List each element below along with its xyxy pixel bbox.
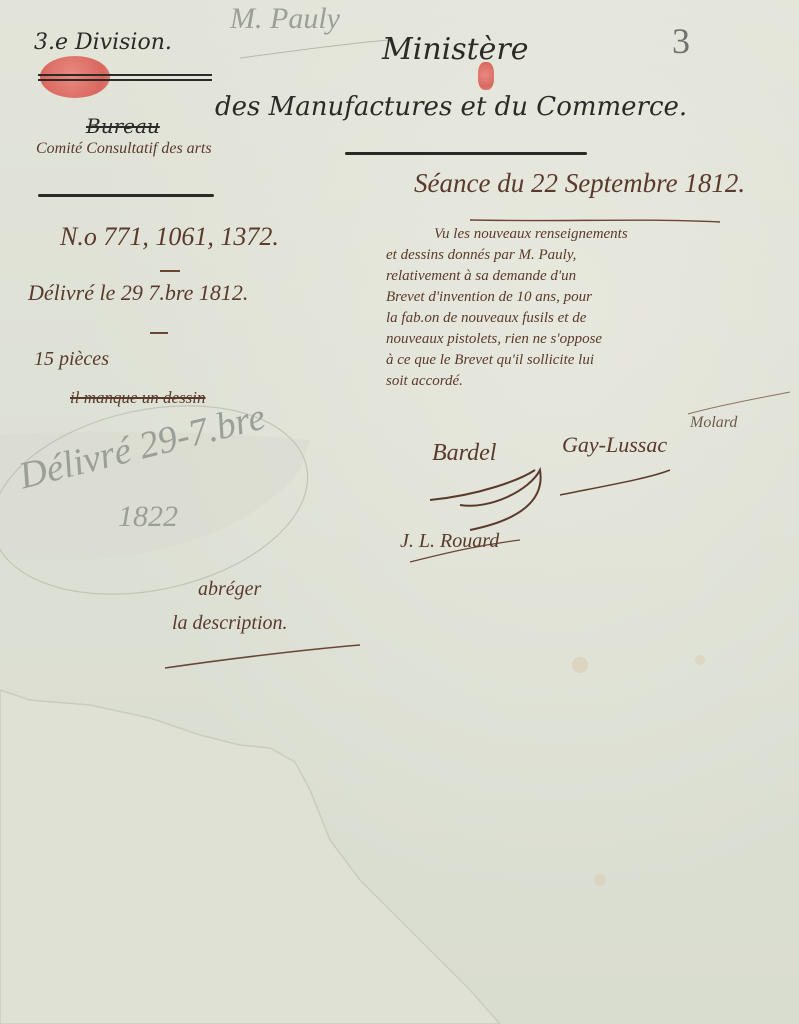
registration-numbers: N.o 771, 1061, 1372. xyxy=(60,222,279,252)
missing-drawing-note-struck: il manque un dessin xyxy=(70,388,206,408)
ministry-rule xyxy=(345,152,587,155)
body-line: Brevet d'invention de 10 ans, pour xyxy=(386,287,628,308)
division-double-rule-top xyxy=(38,74,212,76)
division-double-rule-bottom xyxy=(38,79,212,81)
body-line: la fab.on de nouveaux fusils et de xyxy=(386,308,628,329)
delivery-date: Délivré le 29 7.bre 1812. xyxy=(28,280,248,306)
division-label: 3.e Division. xyxy=(34,30,172,55)
ministry-title: Ministère xyxy=(382,32,529,67)
pieces-count: 15 pièces xyxy=(34,348,109,371)
signature-bardel: Bardel xyxy=(432,440,496,467)
pencil-delivery-stamp-line1: Délivré 29-7.bre xyxy=(15,395,270,499)
pencil-name-annotation: M. Pauly xyxy=(230,2,340,36)
body-line: et dessins donnés par M. Pauly, xyxy=(386,245,628,266)
body-line: nouveaux pistolets, rien ne s'oppose xyxy=(386,329,628,350)
signature-rouard: J. L. Rouard xyxy=(400,530,499,553)
page-number: 3 xyxy=(672,20,690,62)
short-dash-2 xyxy=(150,332,168,334)
abridge-note-line2: la description. xyxy=(172,612,288,635)
bureau-rule xyxy=(38,194,214,197)
abridge-note-line1: abréger xyxy=(198,578,261,601)
body-line: Vu les nouveaux renseignements xyxy=(386,224,628,245)
red-wax-seal xyxy=(40,56,110,98)
session-body: Vu les nouveaux renseignements et dessin… xyxy=(386,224,628,392)
session-title: Séance du 22 Septembre 1812. xyxy=(414,168,745,199)
signature-gay-lussac: Gay-Lussac xyxy=(562,432,667,458)
body-line: relativement à sa demande d'un xyxy=(386,266,628,287)
signature-molard: Molard xyxy=(690,414,737,432)
bureau-label-struck: Bureau xyxy=(86,114,160,138)
pencil-delivery-stamp-line2: 1822 xyxy=(118,500,178,534)
body-line: à ce que le Brevet qu'il sollicite lui xyxy=(386,350,628,371)
document-page: 3.e Division. M. Pauly 3 Ministère des M… xyxy=(0,0,799,1024)
body-line: soit accordé. xyxy=(386,371,628,392)
bureau-replacement: Comité Consultatif des arts xyxy=(36,140,212,158)
ministry-subtitle: des Manufactures et du Commerce. xyxy=(215,92,687,122)
short-dash-1 xyxy=(160,270,180,272)
bureau-replacement-text: Comité Consultatif des arts xyxy=(36,140,212,157)
